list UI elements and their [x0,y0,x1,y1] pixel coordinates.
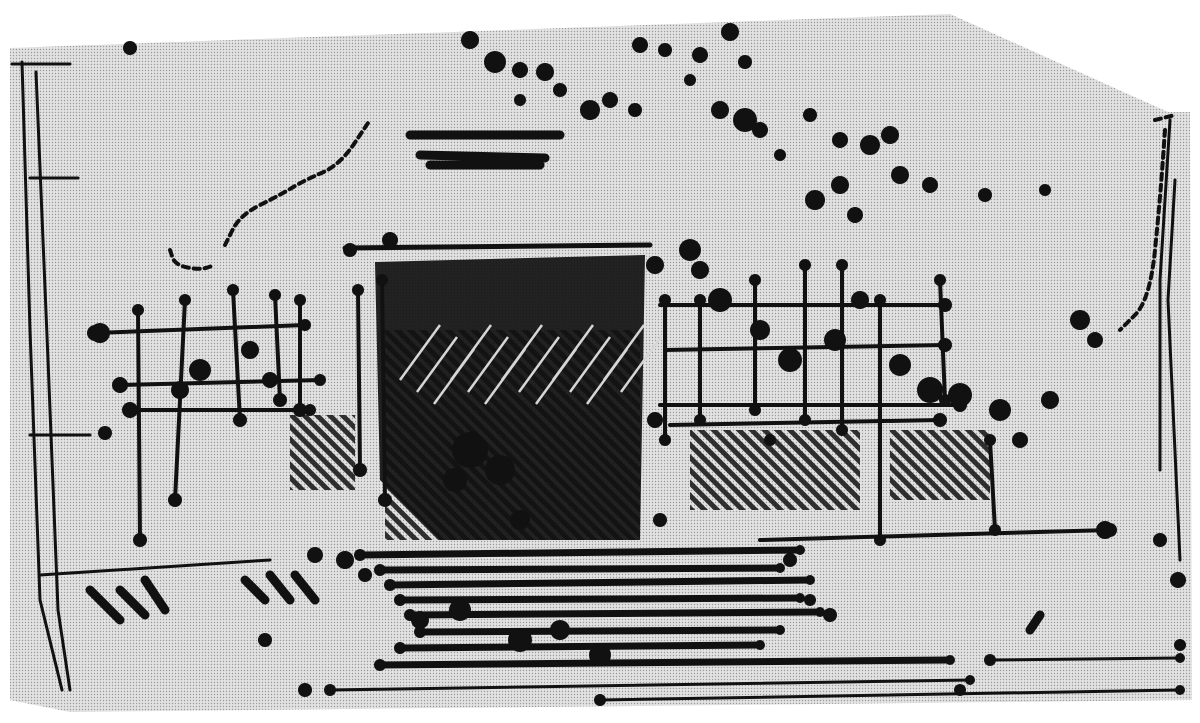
ink-drop [354,549,366,561]
ink-blot [336,551,354,569]
ink-blot [708,288,732,312]
ink-drop [269,289,281,301]
ink-drop [659,294,671,306]
ink-blot [508,628,532,652]
ink-blot [824,329,846,351]
ink-drop [989,524,1001,536]
ink-blot [803,108,817,122]
ink-drop [874,294,886,306]
ink-blot [721,23,739,41]
ink-drop [749,274,761,286]
ink-blot [461,31,479,49]
ink-blot [917,377,943,403]
ink-blot [632,37,648,53]
ink-blot [452,432,488,468]
ink-drop [836,259,848,271]
ink-blot [989,399,1011,421]
ink-blot [711,101,729,119]
ink-blot [679,239,701,261]
ink-drop [694,414,706,426]
ink-drop [293,403,307,417]
ink-blot [1012,432,1028,448]
ink-blot [589,644,611,666]
ink-blot [804,594,816,606]
ink-blot [832,132,848,148]
ink-drop [775,625,785,635]
ink-blot [647,412,663,428]
ink-drop [934,274,946,286]
ink-drop [112,377,128,393]
ink-blot [752,122,768,138]
ink-drop [353,463,367,477]
ink-blot [307,547,323,563]
ink-blot [241,341,259,359]
ink-drop [294,294,306,306]
step-line [380,660,950,665]
ink-drop [273,393,287,407]
ink-blot [691,261,709,279]
ink-blot [954,684,966,696]
ink-drop [227,284,239,296]
ink-blot [978,188,992,202]
ink-blot [90,323,110,343]
ink-blot [536,63,554,81]
step-line [390,580,810,585]
ink-drop [352,284,364,296]
dark-facade-fill [375,255,645,540]
ink-blot [778,348,802,372]
ink-blot [805,190,825,210]
ink-blot [98,426,112,440]
ink-blot [851,291,869,309]
ink-blot [123,41,137,55]
ink-blot [847,207,863,223]
ink-blot [553,83,567,97]
ink-sketch [0,0,1200,723]
ink-blot [550,620,570,640]
ink-blot [382,232,398,248]
ink-blot [891,166,909,184]
ink-drop [133,533,147,547]
ink-drop [168,493,182,507]
ink-blot [653,513,667,527]
ink-drop [775,563,785,573]
ink-drop [324,684,336,696]
ink-drop [795,593,805,603]
ink-blot [658,43,672,57]
ink-drop [749,404,761,416]
ink-blot [774,149,786,161]
ink-blot [512,62,528,78]
ink-blot [783,553,797,567]
ink-blot [602,92,618,108]
ink-drop [836,424,848,436]
ink-drop [132,304,144,316]
ink-blot [411,611,429,629]
ink-drop [938,338,952,352]
ink-blot [823,608,837,622]
ink-blot [1087,332,1103,348]
ink-blot [764,434,776,446]
ink-blot [860,135,880,155]
ink-drop [378,493,392,507]
ink-blot [343,243,357,257]
ink-drop [984,434,996,446]
ink-drop [799,414,811,426]
ink-drop [984,654,996,666]
ink-drop [1175,685,1185,695]
step-line [400,645,760,648]
ink-blot [1039,184,1051,196]
ink-blot [443,468,467,492]
ink-drop [384,579,396,591]
ink-drop [374,564,386,576]
ink-blot [358,568,372,582]
ink-blot [889,354,911,376]
ink-blot [262,372,278,388]
ink-drop [299,319,311,331]
ink-blot [692,47,708,63]
ink-drop [659,434,671,446]
ink-blot [1153,533,1167,547]
ink-drop [799,259,811,271]
ink-drop [805,575,815,585]
ink-drop [795,545,805,555]
ink-blot [922,177,938,193]
ink-blot [1096,521,1114,539]
ink-blot [171,381,189,399]
ink-blot [1170,572,1186,588]
ink-drop [945,655,955,665]
ink-drop [374,659,386,671]
hatched-shadow [890,430,990,500]
ink-drop [938,298,952,312]
ink-drop [394,594,406,606]
ink-blot [1070,310,1090,330]
ink-drop [933,413,947,427]
ink-blot [258,633,272,647]
roof-line [420,155,545,158]
ink-drop [233,413,247,427]
ink-drop [594,694,606,706]
ink-blot [510,510,530,530]
ink-blot [298,683,312,697]
ink-blot [881,126,899,144]
ink-blot [189,359,211,381]
ink-drop [314,374,326,386]
ink-drop [694,294,706,306]
ink-blot [628,103,642,117]
ink-drop [179,294,191,306]
ink-drop [965,675,975,685]
step-line [420,630,780,632]
ink-drop [874,534,886,546]
ink-blot [514,94,526,106]
ink-blot [684,74,696,86]
ink-drop [394,642,406,654]
hatched-shadow [290,415,355,490]
dark-facade-block [375,255,661,540]
ink-drop [755,640,765,650]
ink-blot [1041,391,1059,409]
ink-drop [1175,653,1185,663]
ink-blot [484,51,506,73]
ink-blot [750,320,770,340]
ink-blot [580,100,600,120]
ink-blot [485,455,515,485]
ink-blot [738,55,752,69]
step-line [380,568,780,570]
ink-blot [449,599,471,621]
ink-drop [122,402,138,418]
step-line [410,612,820,615]
grid-post [138,310,140,540]
ink-blot [646,256,664,274]
ink-drop [376,274,388,286]
sketch-canvas: Ink sketch of a building facade with sca… [0,0,1200,723]
ink-blot [1174,639,1186,651]
ink-blot [831,176,849,194]
ink-blot [948,383,972,407]
step-line [990,658,1180,660]
step-line [360,550,800,555]
grid-post [358,290,360,470]
